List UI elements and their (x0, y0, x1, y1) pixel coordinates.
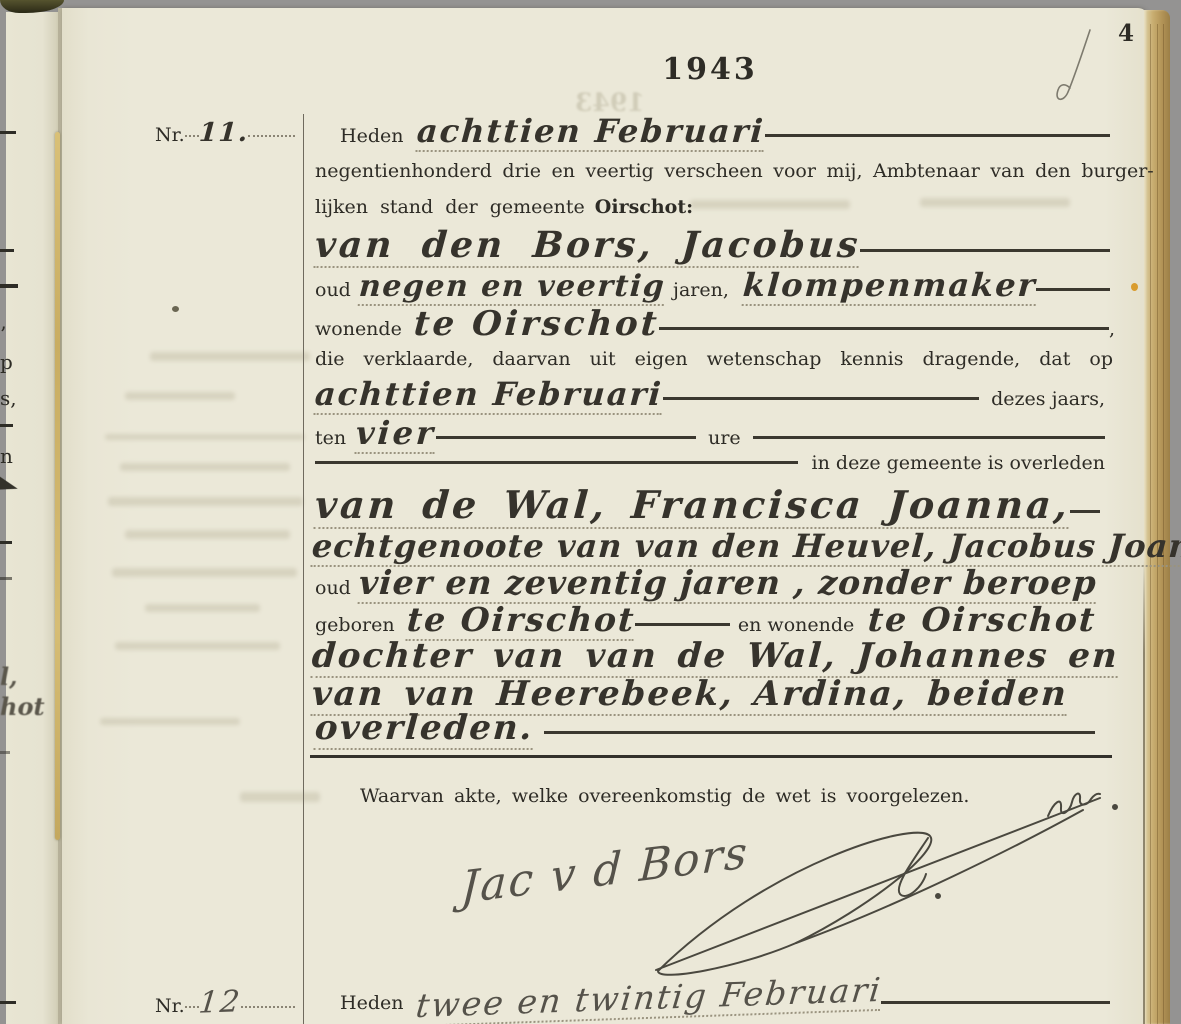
printed-text: dezes jaars, (991, 388, 1105, 410)
bleedthrough-smudge (125, 392, 235, 400)
handwritten-death-date: achttien Februari (314, 375, 664, 415)
text-line-residence: wonende te Oirschot , (315, 304, 1115, 346)
bleedthrough-smudge (920, 198, 1070, 207)
printed-text: lijken stand der gemeente (315, 196, 585, 218)
printed-word: jaren, (673, 279, 729, 301)
bleedthrough-smudge (120, 463, 290, 471)
margin-line-fragment (0, 249, 14, 252)
paper-speck (172, 306, 179, 312)
margin-text-fragment: ’ (0, 322, 6, 346)
year-heading: 1943 (315, 52, 1105, 87)
handwritten-declarant-name: van den Bors, Jacobus (313, 224, 861, 268)
handwritten-date-12: twee en twintig Februari (414, 970, 884, 1024)
section-separator-line (310, 755, 1112, 758)
text-line-overleden-hw: overleden. (315, 708, 1095, 752)
handwritten-occupation: klompenmaker (741, 266, 1037, 306)
text-line-heden: Heden achttien Februari (340, 112, 1110, 152)
municipality-name: Oirschot: (595, 196, 693, 218)
printed-word: oud (315, 577, 351, 599)
margin-text-fragment: n (0, 444, 13, 468)
printed-word: geboren (315, 614, 395, 636)
binding-thread (55, 132, 60, 840)
act-number-label: Nr. (155, 124, 185, 146)
margin-line-fragment (0, 424, 13, 427)
handwritten-parents-line1: dochter van van de Wal, Johannes en (311, 636, 1121, 678)
act-number-value: 12 (197, 984, 243, 1020)
printed-text: en wonende (738, 614, 854, 636)
margin-text-fragment: s, (0, 386, 17, 410)
handwritten-age: negen en veertig (358, 269, 667, 306)
act-number-12: Nr. 12 (155, 985, 295, 1020)
margin-line-fragment (0, 577, 12, 580)
act-number-label: Nr. (155, 995, 185, 1017)
bleedthrough-smudge (108, 497, 303, 506)
text-line-deceased-name: van de Wal, Francisca Joanna, (315, 482, 1100, 528)
margin-line-fragment (0, 131, 16, 134)
printed-word: ure (708, 427, 741, 449)
margin-handwriting-fragment: l, (0, 662, 17, 691)
bleedthrough-smudge (690, 200, 850, 209)
handwritten-deceased-age: vier en zeventig jaren , zonder beroep (357, 563, 1098, 604)
handwritten-parents-line3: overleden. (314, 708, 535, 750)
bleedthrough-smudge (100, 718, 240, 725)
act-number-11: Nr. 11. (155, 118, 295, 148)
margin-text-fragment: p (0, 350, 13, 374)
page-stack-line (1157, 24, 1158, 1024)
handwritten-residence: te Oirschot (412, 304, 660, 344)
act-column-rule (303, 114, 304, 1024)
handwritten-deceased-name: van de Wal, Francisca Joanna, (313, 482, 1071, 529)
handwritten-deceased-residence: te Oirschot (867, 600, 1098, 639)
page-stack-line (1163, 24, 1164, 1024)
margin-line-fragment (0, 284, 18, 288)
bleedthrough-smudge (105, 434, 305, 440)
bleedthrough-smudge (115, 642, 280, 650)
printed-text: in deze gemeente is overleden (812, 452, 1105, 474)
scanned-register-page: ’ p s, n l, hot 1943 4 1943 Nr. 11. Hede… (0, 0, 1181, 1024)
margin-line-fragment (0, 1001, 16, 1004)
page-edge-shadow (1143, 560, 1145, 1024)
text-line-age-occupation: oud negen en veertig jaren, klompenmaker (315, 266, 1110, 308)
handwritten-date: achttien Februari (416, 112, 766, 152)
printed-word: Heden (340, 125, 403, 147)
printed-word: oud (315, 279, 351, 301)
handwritten-spouse: echtgenoote van van den Heuvel, Jacobus … (311, 527, 1181, 567)
text-line-declarant: van den Bors, Jacobus (315, 224, 1110, 268)
margin-line-fragment (0, 541, 12, 544)
handwritten-hour: vier (355, 414, 438, 454)
bleedthrough-smudge (240, 792, 320, 802)
handwritten-birthplace: te Oirschot (405, 600, 636, 641)
bleedthrough-smudge (125, 530, 290, 539)
printed-body-line: die verklaarde, daarvan uit eigen wetens… (315, 348, 1113, 370)
margin-line-fragment (0, 751, 10, 754)
text-line-hour: ten vier ure (315, 414, 1105, 454)
printed-word: Heden (340, 992, 403, 1014)
paper-speck (1131, 283, 1138, 291)
printed-body-line: negentienhonderd drie en veertig versche… (315, 160, 1154, 182)
signature-official (628, 768, 1133, 983)
previous-page-edge (6, 12, 62, 1024)
pencil-check-mark (1038, 26, 1108, 116)
printed-word: wonende (315, 318, 402, 340)
bleedthrough-smudge (145, 604, 260, 612)
margin-handwriting-fragment: hot (0, 692, 45, 721)
act-number-value: 11. (198, 118, 250, 148)
printed-body-line: lijken stand der gemeente Oirschot: (315, 196, 693, 218)
printed-comma: , (1109, 318, 1115, 340)
text-line-death-date: achttien Februari dezes jaars, (315, 375, 1105, 417)
bleedthrough-smudge (150, 352, 310, 361)
text-line-heden-12: Heden twee en twintig Februari (340, 978, 1110, 1024)
bleedthrough-smudge (112, 568, 297, 577)
printed-word: ten (315, 427, 346, 449)
page-number: 4 (1118, 20, 1134, 47)
